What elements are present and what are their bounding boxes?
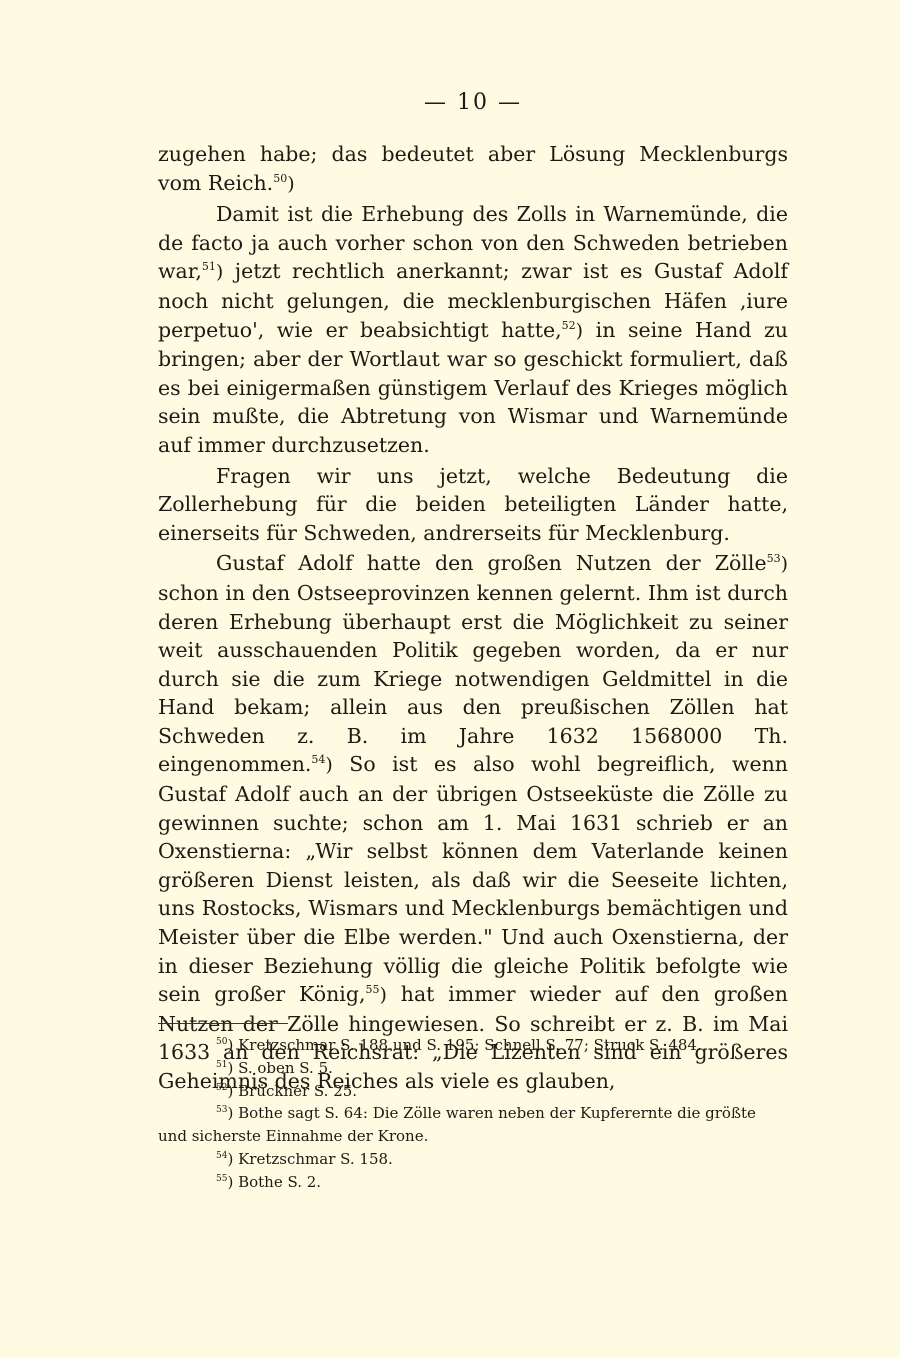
footnote-number: 50 bbox=[216, 1037, 227, 1047]
footnote-paren: ) bbox=[227, 1104, 233, 1122]
paragraph-zoll-warnemuende: Damit ist die Erhebung des Zolls in Warn… bbox=[158, 200, 788, 459]
footnote-50: 50) Kretzschmar S. 188 und S. 195; Schne… bbox=[158, 1034, 788, 1057]
paragraph-gustaf-adolf-zoelle: Gustaf Adolf hatte den großen Nutzen der… bbox=[158, 549, 788, 1095]
page-number: — 10 — bbox=[158, 90, 788, 115]
footnote-text: S. oben S. 5. bbox=[238, 1059, 333, 1077]
footnote-text-continuation: und sicherste Einnahme der Krone. bbox=[158, 1125, 788, 1148]
footnote-reference-paren: ) bbox=[379, 984, 386, 1006]
paragraph-text: schon in den Ostseeprovinzen kennen gele… bbox=[158, 581, 788, 777]
footnote-reference-paren: ) bbox=[576, 320, 583, 342]
footnote-55: 55) Bothe S. 2. bbox=[158, 1171, 788, 1194]
footnote-paren: ) bbox=[227, 1173, 233, 1191]
footnote-reference-paren: ) bbox=[287, 173, 294, 195]
footnote-paren: ) bbox=[227, 1059, 233, 1077]
footnote-text: Bothe sagt S. 64: Die Zölle waren neben … bbox=[238, 1104, 756, 1122]
footnote-number: 53 bbox=[216, 1105, 227, 1115]
footnote-number: 54 bbox=[216, 1151, 227, 1161]
footnote-number: 51 bbox=[216, 1060, 227, 1070]
paragraph-text: zugehen habe; das bedeutet aber Lösung M… bbox=[158, 142, 788, 195]
paragraph-text: Fragen wir uns jetzt, welche Bedeutung d… bbox=[158, 464, 788, 545]
footnote-51: 51) S. oben S. 5. bbox=[158, 1057, 788, 1080]
body-text: zugehen habe; das bedeutet aber Lösung M… bbox=[158, 140, 788, 1096]
footnote-number: 52 bbox=[216, 1083, 227, 1093]
footnote-paren: ) bbox=[227, 1036, 233, 1054]
footnote-paren: ) bbox=[227, 1150, 233, 1168]
footnote-paren: ) bbox=[227, 1082, 233, 1100]
footnote-divider bbox=[158, 1023, 288, 1024]
footnote-reference: 50 bbox=[273, 172, 287, 185]
footnote-text: Kretzschmar S. 158. bbox=[238, 1150, 393, 1168]
paragraph-text: Gustaf Adolf hatte den großen Nutzen der… bbox=[216, 551, 767, 575]
footnote-52: 52) Brückner S. 25. bbox=[158, 1080, 788, 1103]
footnote-reference: 52 bbox=[562, 319, 576, 332]
footnote-text: Bothe S. 2. bbox=[238, 1173, 321, 1191]
footnote-number: 55 bbox=[216, 1174, 227, 1184]
footnotes: 50) Kretzschmar S. 188 und S. 195; Schne… bbox=[158, 1034, 788, 1194]
footnote-text: Brückner S. 25. bbox=[238, 1082, 357, 1100]
footnote-54: 54) Kretzschmar S. 158. bbox=[158, 1148, 788, 1171]
footnote-reference-paren: ) bbox=[781, 553, 788, 575]
footnote-reference-paren: ) bbox=[325, 754, 332, 776]
footnote-reference: 54 bbox=[311, 753, 325, 766]
footnote-53: 53) Bothe sagt S. 64: Die Zölle waren ne… bbox=[158, 1102, 788, 1148]
footnote-reference: 53 bbox=[767, 552, 781, 565]
paragraph-continuation: zugehen habe; das bedeutet aber Lösung M… bbox=[158, 140, 788, 198]
paragraph-text: So ist es also wohl begreiflich, wenn Gu… bbox=[158, 752, 788, 1006]
footnote-text: Kretzschmar S. 188 und S. 195; Schnell S… bbox=[238, 1036, 702, 1054]
paragraph-bedeutung-zollerhebung: Fragen wir uns jetzt, welche Bedeutung d… bbox=[158, 462, 788, 548]
footnote-reference: 55 bbox=[365, 983, 379, 996]
footnote-reference: 51 bbox=[202, 260, 216, 273]
